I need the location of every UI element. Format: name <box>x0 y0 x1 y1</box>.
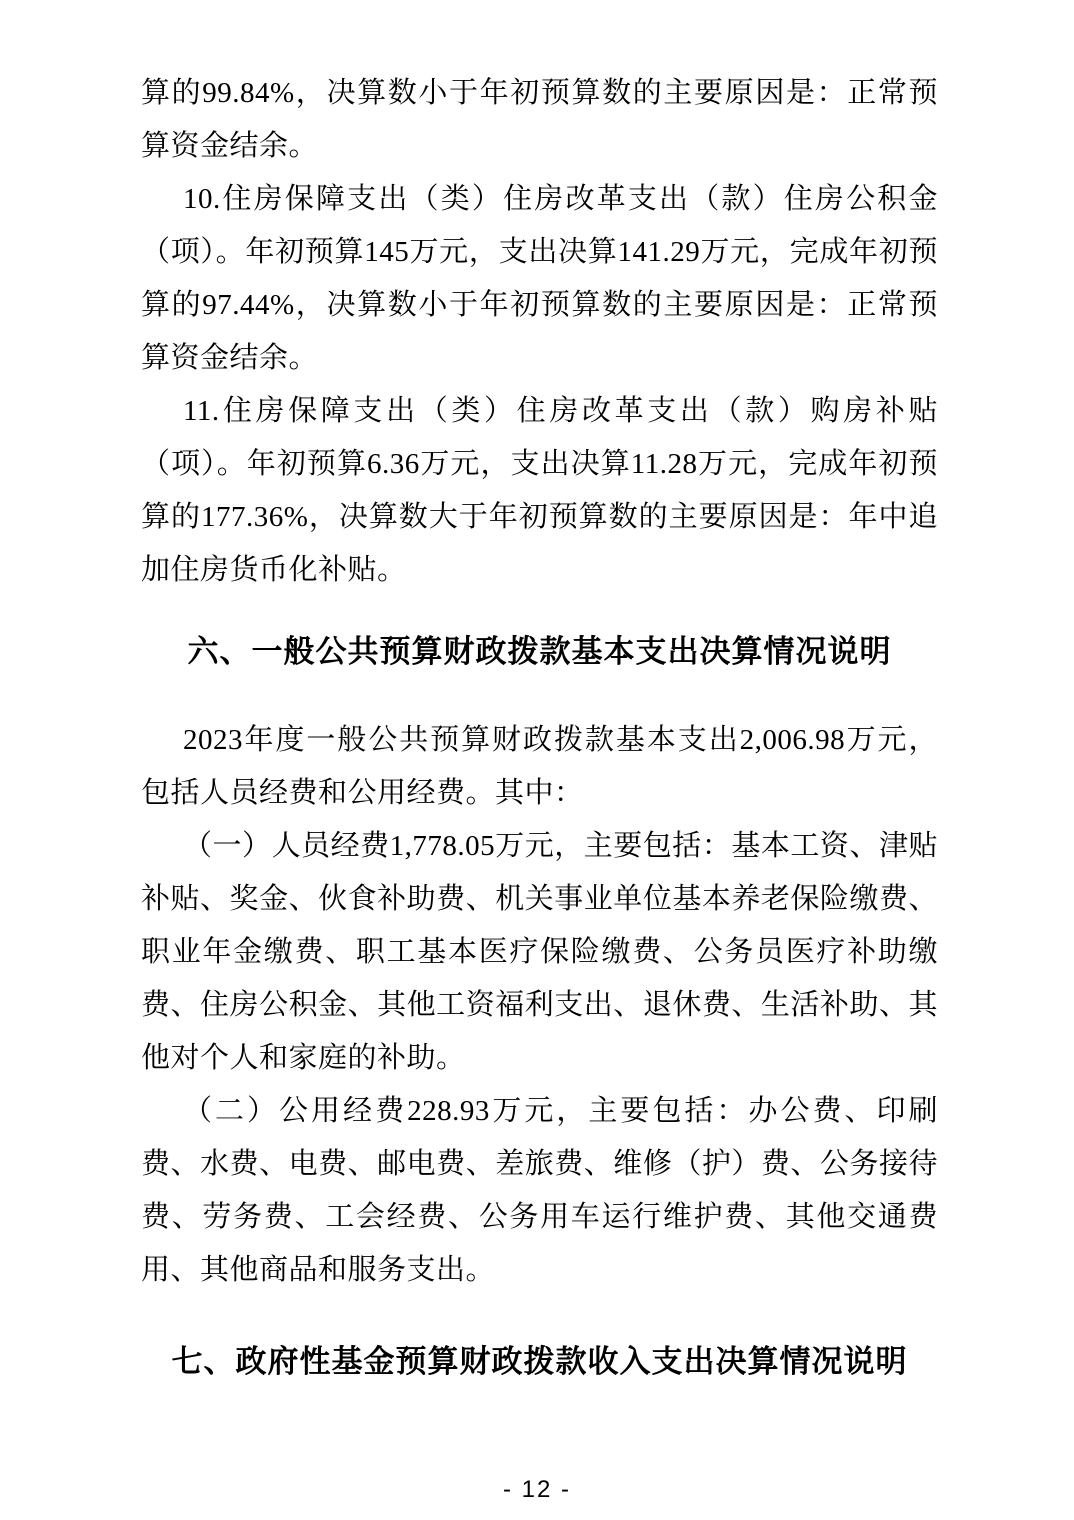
page-number: - 12 - <box>0 1476 1074 1504</box>
paragraph-continuation: 算的99.84%，决算数小于年初预算数的主要原因是：正常预算资金结余。 <box>141 67 938 173</box>
document-page: 算的99.84%，决算数小于年初预算数的主要原因是：正常预算资金结余。 10.住… <box>0 0 1074 1520</box>
paragraph-item-11-housing-subsidy: 11.住房保障支出（类）住房改革支出（款）购房补贴（项）。年初预算6.36万元，… <box>141 385 938 597</box>
document-body: 算的99.84%，决算数小于年初预算数的主要原因是：正常预算资金结余。 10.住… <box>141 67 938 1388</box>
paragraph-item-10-housing-fund: 10.住房保障支出（类）住房改革支出（款）住房公积金（项）。年初预算145万元，… <box>141 173 938 385</box>
section-heading-six-basic-expenditure: 六、一般公共预算财政拨款基本支出决算情况说明 <box>141 625 938 678</box>
paragraph-public-expense: （二）公用经费228.93万元，主要包括：办公费、印刷费、水费、电费、邮电费、差… <box>141 1085 938 1297</box>
paragraph-section6-intro: 2023年度一般公共预算财政拨款基本支出2,006.98万元，包括人员经费和公用… <box>141 714 938 820</box>
paragraph-personnel-expense: （一）人员经费1,778.05万元，主要包括：基本工资、津贴补贴、奖金、伙食补助… <box>141 820 938 1085</box>
section-heading-seven-government-fund: 七、政府性基金预算财政拨款收入支出决算情况说明 <box>141 1335 938 1388</box>
